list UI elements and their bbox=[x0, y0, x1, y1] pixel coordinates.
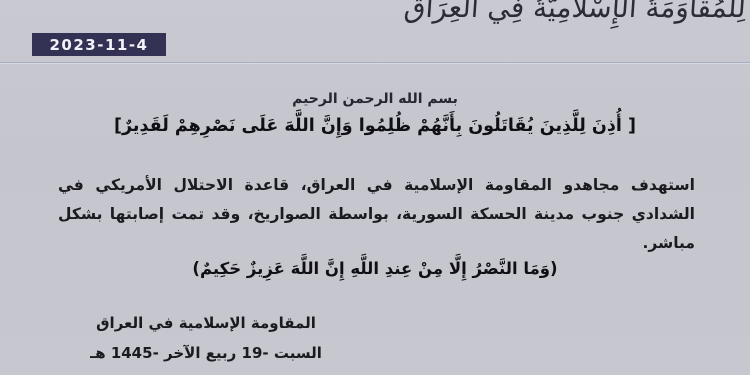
signature-hijri-date: السبت -19 ربيع الآخر -1445 هـ bbox=[30, 342, 382, 364]
basmala-text: بسم الله الرحمن الرحيم bbox=[0, 91, 750, 107]
signature-block: المقاومة الإسلامية في العراق السبت -19 ر… bbox=[30, 312, 382, 364]
quran-verse-top: [ أُذِنَ لِلَّذِينَ يُقَاتَلُونَ بِأَنَّ… bbox=[0, 116, 750, 136]
date-badge: 2023-11-4 bbox=[32, 33, 166, 56]
statement-paragraph: استهدف مجاهدو المقاومة الإسلامية في العر… bbox=[58, 171, 695, 258]
organization-calligraphy-logo: لِلمُقاوَمَةُ الإِسْلامِيَّةُ فِي العِرَ… bbox=[403, 0, 747, 24]
quran-verse-bottom: (وَمَا النَّصْرُ إِلَّا مِنْ عِندِ اللَّ… bbox=[0, 259, 750, 278]
statement-document: لِلمُقاوَمَةُ الإِسْلامِيَّةُ فِي العِرَ… bbox=[0, 0, 750, 375]
signature-organization: المقاومة الإسلامية في العراق bbox=[30, 312, 382, 334]
header-divider bbox=[0, 62, 750, 64]
